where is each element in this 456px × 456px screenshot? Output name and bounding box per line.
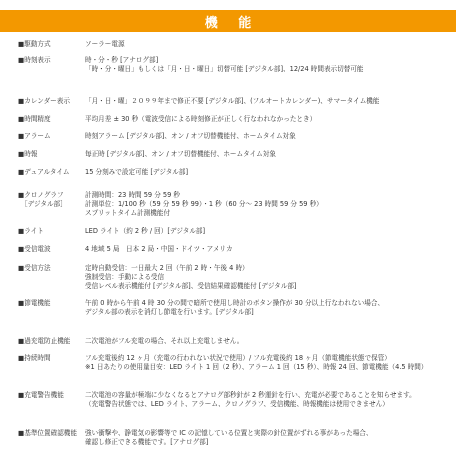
spec-value-line: 4 地域 5 局 日本 2 局・中国・ドイツ・アメリカ: [85, 245, 233, 254]
spec-value: 計測時間：23 時間 59 分 59 秒計測単位：1/100 秒（59 分 59…: [85, 191, 323, 218]
spec-value-line: 計測時間：23 時間 59 分 59 秒: [85, 191, 323, 200]
spec-value-line: 「時・分・曜日」もしくは「月・日・曜日」切替可能 [デジタル部]、12/24 時…: [85, 65, 364, 74]
spec-value: 午前 0 時から午前 4 時 30 分の間で暗所で使用し時計のボタン操作が 30…: [85, 299, 384, 317]
spec-label-text: ■アラーム: [18, 132, 51, 141]
spec-label: ■デュアルタイム: [18, 168, 70, 177]
spec-label-text: ■デュアルタイム: [18, 168, 70, 177]
spec-label: ■クロノグラフ［デジタル部］: [18, 191, 67, 209]
spec-value: 時・分・秒 [アナログ部]「時・分・曜日」もしくは「月・日・曜日」切替可能 [デ…: [85, 56, 364, 74]
spec-value-line: LED ライト（約 2 秒 / 回）[デジタル部]: [85, 227, 205, 236]
spec-label-text: ■受信方法: [18, 264, 51, 273]
spec-value: 毎正時 [デジタル部]、オン / オフ切替機能付、ホームタイム対象: [85, 150, 276, 159]
spec-label-text: ■持続時間: [18, 354, 51, 363]
spec-label: ■駆動方式: [18, 40, 51, 49]
spec-value-line: 時刻アラーム [デジタル部]、オン / オフ切替機能付、ホームタイム対象: [85, 132, 296, 141]
spec-value: 定時自動受信：一日最大 2 回（午前 2 時・午後 4 時）強制受信：手動による…: [85, 264, 297, 291]
spec-value-line: 強制受信：手動による受信: [85, 273, 297, 282]
spec-label-text: ■過充電防止機能: [18, 337, 70, 346]
spec-value-line: フル充電後約 12 ヶ月（充電の行われない状況で使用）/ フル充電後約 18 ヶ…: [85, 354, 428, 363]
spec-label: ■過充電防止機能: [18, 337, 70, 346]
spec-value-line: 確認し修正できる機能です。[アナログ部]: [85, 438, 372, 447]
spec-label: ■受信方法: [18, 264, 51, 273]
spec-label-text: ■ライト: [18, 227, 44, 236]
spec-label-text: ■充電警告機能: [18, 391, 64, 400]
spec-label-subtext: ［デジタル部］: [18, 200, 67, 209]
spec-value-line: 二次電池の容量が極端に少なくなるとアナログ部秒針が 2 秒運針を行い、充電が必要…: [85, 391, 416, 400]
spec-label: ■節電機能: [18, 299, 51, 308]
spec-value: 15 分刻みで設定可能 [デジタル部]: [85, 168, 188, 177]
spec-label: ■カレンダー表示: [18, 97, 70, 106]
spec-label-text: ■時間精度: [18, 115, 51, 124]
spec-label: ■時刻表示: [18, 56, 51, 65]
spec-value: LED ライト（約 2 秒 / 回）[デジタル部]: [85, 227, 205, 236]
spec-value-line: 毎正時 [デジタル部]、オン / オフ切替機能付、ホームタイム対象: [85, 150, 276, 159]
spec-label-text: ■節電機能: [18, 299, 51, 308]
spec-value: 二次電池がフル充電の場合、それ以上充電しません。: [85, 337, 243, 346]
spec-value-line: 「月・日・曜」２０９９年まで修正不要 [デジタル部]、(フルオートカレンダー)、…: [85, 97, 380, 106]
spec-value-line: 15 分刻みで設定可能 [デジタル部]: [85, 168, 188, 177]
spec-value: 二次電池の容量が極端に少なくなるとアナログ部秒針が 2 秒運針を行い、充電が必要…: [85, 391, 416, 409]
spec-value-line: 平均月差 ± 30 秒（電波受信による時刻修正が正しく行なわれなかったとき）: [85, 115, 316, 124]
spec-value: 時刻アラーム [デジタル部]、オン / オフ切替機能付、ホームタイム対象: [85, 132, 296, 141]
section-title: 機 能: [197, 12, 260, 31]
spec-label-text: ■受信電波: [18, 245, 51, 254]
spec-label: ■充電警告機能: [18, 391, 64, 400]
spec-label-text: ■時刻表示: [18, 56, 51, 65]
spec-label: ■持続時間: [18, 354, 51, 363]
spec-value: 強い衝撃や、静電気の影響等で IC の記憶している位置と実際の針位置がずれる事が…: [85, 429, 372, 447]
spec-value-line: 二次電池がフル充電の場合、それ以上充電しません。: [85, 337, 243, 346]
spec-label-text: ■時報: [18, 150, 37, 159]
spec-label-text: ■駆動方式: [18, 40, 51, 49]
spec-label: ■時間精度: [18, 115, 51, 124]
spec-value: フル充電後約 12 ヶ月（充電の行われない状況で使用）/ フル充電後約 18 ヶ…: [85, 354, 428, 372]
spec-value: ソーラー電源: [85, 40, 125, 49]
spec-value-line: 計測単位：1/100 秒（59 分 59 秒 99）・1 秒（60 分～ 23 …: [85, 200, 323, 209]
spec-value-line: （充電警告状態では、LED ライト、アラーム、クロノグラフ、受信機能、時報機能は…: [85, 400, 416, 409]
spec-value-line: 午前 0 時から午前 4 時 30 分の間で暗所で使用し時計のボタン操作が 30…: [85, 299, 384, 308]
spec-label-text: ■クロノグラフ: [18, 191, 67, 200]
spec-value-line: ソーラー電源: [85, 40, 125, 49]
spec-value: 平均月差 ± 30 秒（電波受信による時刻修正が正しく行なわれなかったとき）: [85, 115, 316, 124]
spec-label-text: ■基準位置確認機能: [18, 429, 77, 438]
spec-label-text: ■カレンダー表示: [18, 97, 70, 106]
spec-label: ■受信電波: [18, 245, 51, 254]
spec-value-line: スプリットタイム計測機能付: [85, 209, 323, 218]
spec-value-line: ※1 日あたりの使用量目安：LED ライト 1 回（2 秒）、アラーム 1 回（…: [85, 363, 428, 372]
spec-value-line: 強い衝撃や、静電気の影響等で IC の記憶している位置と実際の針位置がずれる事が…: [85, 429, 372, 438]
spec-value-line: デジタル部の表示を消灯し節電を行います。[デジタル部]: [85, 308, 384, 317]
spec-value-line: 時・分・秒 [アナログ部]: [85, 56, 364, 65]
spec-label: ■ライト: [18, 227, 44, 236]
spec-label: ■アラーム: [18, 132, 51, 141]
spec-value-line: 定時自動受信：一日最大 2 回（午前 2 時・午後 4 時）: [85, 264, 297, 273]
spec-value: 4 地域 5 局 日本 2 局・中国・ドイツ・アメリカ: [85, 245, 233, 254]
spec-label: ■基準位置確認機能: [18, 429, 77, 438]
spec-value: 「月・日・曜」２０９９年まで修正不要 [デジタル部]、(フルオートカレンダー)、…: [85, 97, 380, 106]
spec-value-line: 受信レベル表示機能付 [デジタル部]、受信結果確認機能付 [デジタル部]: [85, 282, 297, 291]
section-header: 機 能: [0, 10, 456, 32]
spec-label: ■時報: [18, 150, 37, 159]
